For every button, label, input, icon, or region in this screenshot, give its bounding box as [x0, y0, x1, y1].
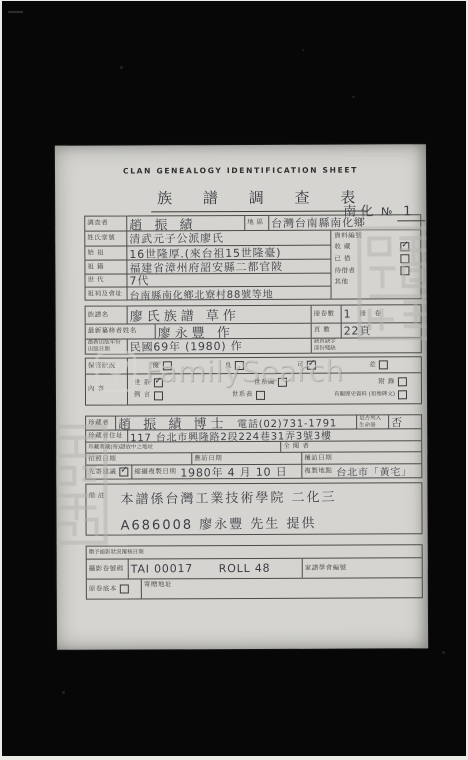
- reference-number-label: 資料編號: [334, 232, 417, 240]
- compiler-value: 廖永豐 作: [158, 324, 234, 339]
- film-speck: [352, 96, 355, 98]
- ref-option-borrowed-label: 已 借: [334, 256, 351, 264]
- ancestral-hall-label: 祖祠及會址: [88, 290, 123, 298]
- damage-label-line2: 部份殘缺: [314, 346, 336, 353]
- copy-place-label: 複製地點: [304, 467, 332, 475]
- roll-number-value: TAI 00017: [131, 562, 193, 576]
- film-copy-date-label: 縮攝複製日期: [134, 468, 176, 476]
- advice-checkbox: ✓: [119, 467, 128, 476]
- content-lineage-checkbox: ✓: [153, 379, 162, 388]
- content-historical-checkbox: [398, 390, 407, 399]
- ref-option-borrowed-checkbox: [400, 255, 409, 264]
- full-reader-label: 全 閱 者: [283, 443, 309, 451]
- book-info-table: 族譜名 廖氏族譜 草作 冊卷數 1 冊 卷 最新纂修者姓名 廖永豐 作 頁 數 …: [85, 304, 422, 354]
- book-title-value: 廖氏族譜 草作: [130, 306, 240, 324]
- remarks-line2: A686008 廖永豐 先生 提供: [120, 511, 421, 533]
- first-ancestor-value: 16世隆厚.(來台祖15世隆臺): [129, 246, 281, 260]
- holder-address-label: 珍藏者住址: [88, 432, 123, 440]
- roll-number-value2: ROLL 48: [219, 562, 271, 576]
- first-ancestor-label: 始 祖: [87, 249, 104, 257]
- storage-opt-excellent-checkbox: [162, 361, 171, 370]
- publish-year-label-line2: 出版日期: [88, 347, 110, 354]
- content-preface-label: 例 言: [134, 392, 151, 400]
- content-lineage-label: 世 系: [134, 379, 151, 387]
- holder-address-value: 117 台北市興隆路2段224巷31弄3號3樓: [130, 429, 332, 441]
- master-copy-checkbox: [120, 584, 129, 593]
- visit-date-label: 應訪日期: [194, 455, 222, 463]
- surveyor-value: 趙 振 績: [129, 216, 196, 231]
- clan-hall-label: 姓氏堂號: [87, 235, 115, 243]
- photo-date-label: 拍照日期: [88, 455, 116, 463]
- ref-option-pending-checkbox: [400, 267, 409, 276]
- region-label: 地 區: [247, 219, 264, 227]
- advice-label: 先寄建議: [88, 468, 116, 476]
- storage-condition-label: 保管狀況: [88, 362, 116, 370]
- sheet-english-title: CLAN GENEALOGY IDENTIFICATION SHEET: [55, 165, 426, 176]
- pages-label: 頁 數: [314, 327, 331, 335]
- genealogy-id-sheet: CLAN GENEALOGY IDENTIFICATION SHEET 族 譜 …: [55, 144, 428, 650]
- ancestral-origin-label: 祖 籍: [87, 263, 104, 271]
- pages-value: 22頁: [344, 323, 372, 337]
- microfilm-scan-view: CLAN GENEALOGY IDENTIFICATION SHEET 族 譜 …: [0, 0, 468, 760]
- ref-option-pending-label: 待借者: [334, 268, 355, 276]
- clan-hall-value: 清武元子公派廖氏: [129, 231, 224, 246]
- remarks-line1: 本譜係台灣工業技術學院 二化三: [120, 485, 421, 507]
- storage-opt-excellent-label: 優: [152, 362, 159, 369]
- deposit-address-label: 珍藏者藏(寄)譜放中之地址: [88, 444, 153, 451]
- publish-year-value: 民國69年 (1980) 作: [130, 339, 243, 354]
- filming-table: 贈予縮影狀況覆核日期 攝影卷號碼 TAI 00017 ROLL 48 家譜學會編…: [86, 544, 423, 599]
- film-speck: [120, 66, 123, 69]
- content-preface-checkbox: [154, 391, 163, 400]
- content-table-checkbox: [256, 391, 265, 400]
- content-table-label: 世系表: [232, 391, 253, 399]
- content-chart-label: 世系圖: [254, 379, 275, 387]
- holder-table: 珍藏者 趙 振 績 博士 電話(02)731-1791 是否列入 生命冊 否 珍…: [85, 414, 422, 479]
- ancestral-hall-value: 台南縣南化鄉北寮村88號等地: [129, 287, 273, 301]
- remarks-table: 備 註 本譜係台灣工業技術學院 二化三 A686008 廖永豐 先生 提供: [85, 482, 422, 535]
- ref-option-collected-checkbox: ✓: [400, 243, 409, 252]
- sheet-chinese-title: 族 譜 調 查 表: [151, 186, 368, 212]
- film-frame: CLAN GENEALOGY IDENTIFICATION SHEET 族 譜 …: [2, 1, 466, 756]
- storage-opt-good-checkbox: [235, 361, 244, 370]
- content-appendix-label: 附 錄: [378, 378, 395, 386]
- volumes-value: 1: [344, 307, 352, 320]
- content-chart-checkbox: [278, 378, 287, 387]
- film-speck: [302, 49, 304, 51]
- revisit-date-label: 覆訪日期: [304, 454, 332, 462]
- listed-label-line2: 生命冊: [359, 422, 376, 429]
- film-copy-date-value: 1980年 4 月 10 日: [180, 465, 287, 479]
- film-speck: [62, 691, 65, 694]
- generations-label: 世 代: [87, 277, 104, 285]
- film-edge-mark: [8, 11, 23, 13]
- listed-value: 否: [391, 415, 403, 428]
- volumes-label: 冊卷數: [314, 310, 335, 318]
- storage-opt-fair-label: 可: [297, 361, 304, 368]
- holder-phone: 電話(02)731-1791: [237, 415, 337, 429]
- storage-opt-good-label: 良: [225, 362, 232, 369]
- holder-value: 趙 振 績 博士: [118, 415, 228, 429]
- film-speck: [442, 651, 445, 654]
- society-number-label: 家譜學會編號: [305, 564, 347, 572]
- content-appendix-checkbox: [398, 378, 407, 387]
- book-title-label: 族譜名: [88, 311, 109, 319]
- remarks-label: 備 註: [88, 493, 105, 501]
- ancestral-origin-value: 福建省漳州府詔安縣二都官陂: [129, 260, 283, 274]
- surveyor-label: 調查者: [87, 220, 108, 228]
- region-value: 台灣台南縣南化鄉: [271, 215, 366, 230]
- holder-label: 珍藏者: [88, 419, 109, 427]
- storage-opt-poor-label: 差: [369, 361, 376, 368]
- ref-option-collected-label: 收 藏: [334, 244, 351, 252]
- generations-value: 7代: [129, 274, 149, 287]
- donation-address-label: 寄贈地址: [144, 581, 172, 589]
- copy-place-value: 台北市「黃宅」: [336, 464, 412, 478]
- content-historical-label: 有關歷史資料 (祖像碑文): [334, 391, 395, 398]
- ref-option-other-label: 其他: [334, 279, 348, 287]
- condition-table: 保管狀況 優 良 可✓ 差 內 容 世 系✓ 世系圖 附 錄: [85, 356, 422, 405]
- storage-opt-fair-checkbox: ✓: [307, 361, 316, 370]
- contents-label: 內 容: [88, 386, 105, 394]
- basic-info-table: 調查者 趙 振 績 地 區 台灣台南縣南化鄉 姓氏堂號 清武元子公派廖氏 始 祖…: [84, 214, 421, 300]
- volumes-unit-juan: 卷: [374, 310, 381, 317]
- master-copy-label: 原卷底本: [89, 585, 117, 593]
- storage-opt-poor-checkbox: [379, 360, 388, 369]
- volumes-unit-ce: 冊: [359, 310, 366, 317]
- film-review-label: 贈予縮影狀況覆核日期: [89, 549, 144, 556]
- compiler-label: 最新纂修者姓名: [88, 328, 137, 336]
- roll-number-label: 攝影卷號碼: [89, 565, 124, 573]
